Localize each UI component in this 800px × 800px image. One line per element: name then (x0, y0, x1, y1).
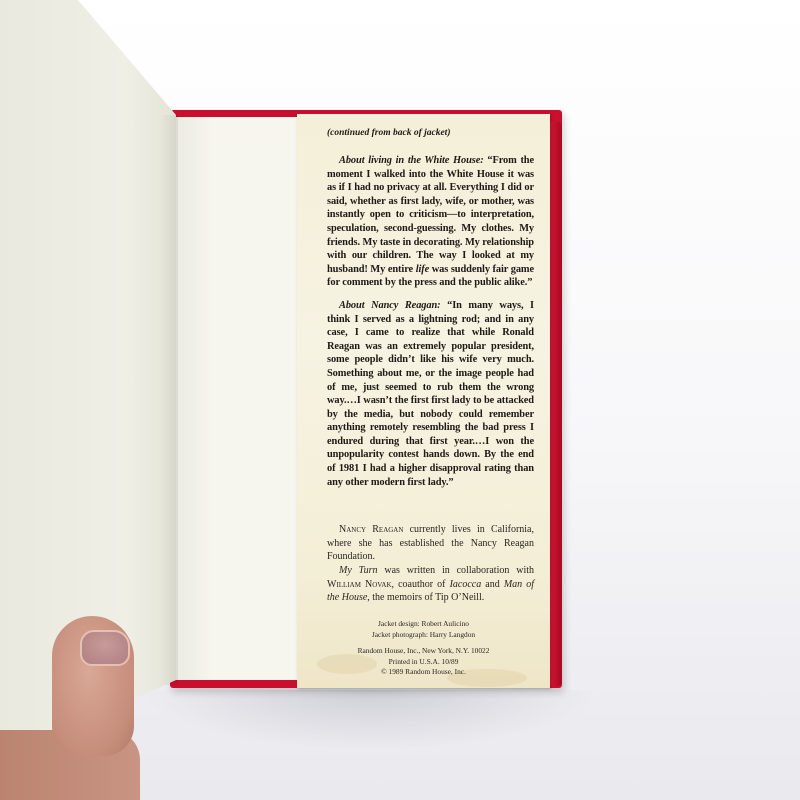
continued-note: (continued from back of jacket) (327, 128, 534, 138)
table-shadow (140, 690, 600, 750)
jacket-flap: (continued from back of jacket) About li… (297, 114, 550, 688)
book-title: My Turn (339, 565, 378, 576)
credit-publisher: Random House, Inc., New York, N.Y. 10022 (297, 646, 550, 657)
bio-text: and (481, 579, 504, 590)
bio-text: , coauthor of (392, 579, 450, 590)
quote-text: “In many ways, I think I served as a lig… (327, 300, 534, 488)
quote-emphasis: life (416, 264, 429, 275)
jacket-text: (continued from back of jacket) About li… (327, 128, 534, 605)
book-title: Iacocca (450, 579, 482, 590)
credit-design: Jacket design: Robert Aulicino (297, 619, 550, 630)
quote-text: “From the moment I walked into the White… (327, 155, 534, 275)
bio-nancy: Nancy Reagan currently lives in Californ… (327, 523, 534, 564)
credit-copyright: © 1989 Random House, Inc. (297, 667, 550, 678)
credit-photo: Jacket photograph: Harry Langdon (297, 630, 550, 641)
jacket-credits: Jacket design: Robert Aulicino Jacket ph… (297, 619, 550, 678)
coauthor-name: William Novak (327, 579, 392, 590)
bio-text: was written in collaboration with (378, 565, 534, 576)
bio-text: , the memoirs of Tip O’Neill. (367, 592, 484, 603)
bio-collaboration: My Turn was written in collaboration wit… (327, 564, 534, 605)
quote-nancy-reagan: About Nancy Reagan: “In many ways, I thi… (327, 299, 534, 489)
quote-lead: About living in the White House: (339, 155, 484, 166)
author-name: Nancy Reagan (339, 524, 403, 535)
thumbnail (80, 630, 130, 666)
page-shadow (160, 115, 178, 685)
credit-printed: Printed in U.S.A. 10/89 (297, 657, 550, 668)
quote-white-house: About living in the White House: “From t… (327, 154, 534, 290)
quote-lead: About Nancy Reagan: (339, 300, 441, 311)
author-bio: Nancy Reagan currently lives in Californ… (327, 523, 534, 605)
